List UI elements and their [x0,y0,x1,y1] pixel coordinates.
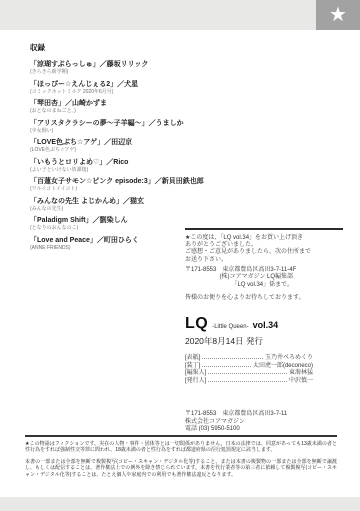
entry-title: 「LOVE色ぶち☆アゲ」／田辺京 [30,138,182,147]
contents-list: 「涼瑚すぷらっしゅ」／藤坂リリック (きらきら新学期) 「ほっぴー☆えんじぇる2… [30,60,182,251]
credit-row: [発行人] 中沢慎一 [185,378,313,386]
entry-source: (LOVE色ぶち☆アゲ) [30,147,182,153]
entry-source: (少女飼い) [30,128,182,134]
star-icon: ★ [329,5,347,25]
publication-date: 2020年8月14日 発行 [185,335,343,347]
mail-closing-line: 皆様のお便りを心よりお待ちしております。 [185,292,343,301]
entry-title: 「百蓮女子サモン☆ピンク episode:3」／新貝田鉄也郎 [30,177,182,186]
mail-address-block: 〒171-8553 東京都豊島区高田3-7-11-4F (株)コアマガジン LQ… [185,267,343,290]
mail-address-dept: (株)コアマガジン LQ編集部 [185,274,343,282]
contents-entry: 「いもうとロリよめ♡」／Rico (よい子といけない放課後) [30,158,182,173]
contents-heading: 収録 [30,42,182,53]
dotted-leader [202,358,263,359]
logo-lq: LQ [185,315,208,333]
legal-disclaimer-section: ★この物語はフィクションです。実在の人物・事件・団体等とは一切関係がありません。… [25,435,337,483]
bookmark-star-button[interactable]: ★ [316,0,360,30]
entry-source: (ワルイコトイイコト) [30,186,182,192]
dotted-leader [202,366,251,367]
contents-entry: 「ほっぴー☆えんじぇる2」／犬星 (コミックホットミルク 2020年6月号) [30,80,182,95]
entry-title: 「みんなの先生 よじかんめ」／猫玄 [30,197,182,206]
contents-section: 収録 「涼瑚すぷらっしゅ」／藤坂リリック (きらきら新学期) 「ほっぴー☆えんじ… [30,42,182,255]
contents-entry: 「LOVE色ぶち☆アゲ」／田辺京 (LOVE色ぶち☆アゲ) [30,138,182,153]
reader-notice-line: お送り下さい。 [185,257,343,264]
entry-title: 「Paladigm Shift」／劉染しん [30,216,182,225]
publisher-block: 〒171-8553 東京都豊島区高田3-7-11株式会社コアマガジン電話 (03… [185,411,343,434]
logo-subtitle: -Little Queen- [212,324,248,330]
colophon-column: ★この度は、「LQ vol.34」をお買い上げ頂きありがとうございました。ご感想… [185,228,343,434]
credit-label: [発行人] [185,378,206,386]
credit-label: [表紙] [185,355,200,363]
mail-address-attn: 「LQ vol.34」係まで。 [185,282,343,290]
contents-entry: 「百蓮女子サモン☆ピンク episode:3」／新貝田鉄也郎 (ワルイコトイイコ… [30,177,182,192]
contents-entry: 「琴田杏」／山崎かずま (おとなのまねごと。) [30,99,182,114]
dotted-leader [208,373,287,374]
entry-title: 「Love and Peace」／町田ひらく [30,236,182,245]
reader-notice-line: ご感想・ご意見がありましたら、次の住所まで [185,249,343,256]
entry-title: 「ほっぴー☆えんじぇる2」／犬星 [30,80,182,89]
dotted-leader [208,381,287,382]
credit-name: 中沢慎一 [289,378,313,386]
publisher-line: 〒171-8553 東京都豊島区高田3-7-11 [185,411,343,419]
entry-title: 「いもうとロリよめ♡」／Rico [30,158,182,167]
reader-notice: ★この度は、「LQ vol.34」をお買い上げ頂きありがとうございました。ご感想… [185,235,343,264]
credit-row: [編集人] 東海林猛 [185,370,313,378]
credit-label: [編集人] [185,370,206,378]
credit-name: 玉乃井ぺろめくり [265,355,313,363]
contents-entry: 「Love and Peace」／町田ひらく (ANNE FRIENDS) [30,236,182,251]
entry-title: 「アリスタクラシーの夢〜子羊編〜」／うましか [30,119,182,128]
colophon-page: 収録 「涼瑚すぷらっしゅ」／藤坂リリック (きらきら新学期) 「ほっぴー☆えんじ… [0,30,360,497]
entry-title: 「琴田杏」／山崎かずま [30,99,182,108]
entry-source: (となりのおんなのこ) [30,225,182,231]
disclaimer-paragraph-fiction: ★この物語はフィクションです。実在の人物・事件・団体等とは一切関係がありません。… [25,441,337,454]
contents-entry: 「アリスタクラシーの夢〜子羊編〜」／うましか (少女飼い) [30,119,182,134]
entry-source: (みんなの先生) [30,206,182,212]
entry-source: (おとなのまねごと。) [30,108,182,114]
entry-source: (きらきら新学期) [30,69,182,75]
logo-volume: vol.34 [253,320,279,330]
contents-entry: 「Paladigm Shift」／劉染しん (となりのおんなのこ) [30,216,182,231]
entry-source: (ANNE FRIENDS) [30,245,182,251]
disclaimer-paragraph-copyright: 本書の一部または全部を無断で複製複写(コピー・スキャン・デジタル化等)すること、… [25,459,337,478]
publication-title: LQ -Little Queen- vol.34 [185,315,343,333]
contents-entry: 「みんなの先生 よじかんめ」／猫玄 (みんなの先生) [30,197,182,212]
credit-name: 東海林猛 [289,370,313,378]
entry-title: 「涼瑚すぷらっしゅ」／藤坂リリック [30,60,182,69]
divider-bottom [25,435,337,437]
publisher-line: 電話 (03) 5950-5100 [185,426,343,434]
entry-source: (コミックホットミルク 2020年6月号) [30,89,182,95]
credit-row: [表紙] 玉乃井ぺろめくり [185,355,313,363]
entry-source: (よい子といけない放課後) [30,167,182,173]
reader-screen: ★ 収録 「涼瑚すぷらっしゅ」／藤坂リリック (きらきら新学期) 「ほっぴー☆え… [0,0,360,511]
contents-entry: 「涼瑚すぷらっしゅ」／藤坂リリック (きらきら新学期) [30,60,182,75]
divider-top [185,228,343,230]
credits-list: [表紙] 玉乃井ぺろめくり [装丁] 太田虎一郎(deconeco) [編集人]… [185,355,313,385]
